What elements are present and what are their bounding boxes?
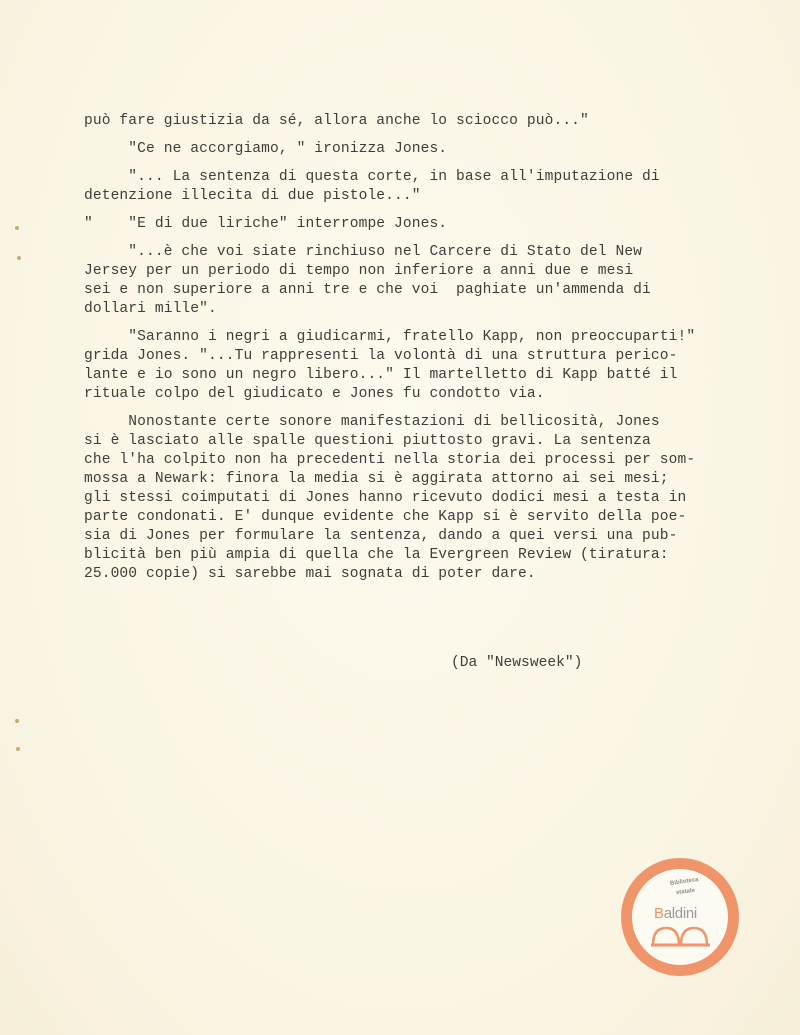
source-attribution: (Da "Newsweek"): [451, 655, 582, 671]
text-line: "Ce ne accorgiamo, " ironizza Jones.: [84, 140, 724, 159]
punch-hole-mark: [15, 226, 19, 230]
text-line: può fare giustizia da sé, allora anche l…: [84, 112, 724, 131]
text-line: "... La sentenza di questa corte, in bas…: [84, 168, 724, 187]
text-line: sia di Jones per formulare la sentenza, …: [84, 527, 724, 546]
stamp-name-rest: aldini: [664, 905, 697, 922]
text-line: 25.000 copie) si sarebbe mai sognata di …: [84, 565, 724, 584]
library-stamp: Biblioteca statale Baldini: [621, 858, 739, 976]
text-line: "...è che voi siate rinchiuso nel Carcer…: [84, 243, 724, 262]
text-line: dollari mille".: [84, 300, 724, 319]
text-line: blicità ben più ampia di quella che la E…: [84, 546, 724, 565]
punch-hole-mark: [17, 256, 21, 260]
text-line: si è lasciato alle spalle questioni piut…: [84, 432, 724, 451]
stamp-name: Baldini: [654, 905, 697, 922]
stamp-initial: B: [654, 905, 664, 922]
open-book-icon: [650, 925, 712, 947]
text-line: parte condonati. E' dunque evidente che …: [84, 508, 724, 527]
text-line: "Saranno i negri a giudicarmi, fratello …: [84, 328, 724, 347]
text-line: detenzione illecita di due pistole...": [84, 187, 724, 206]
text-line: sei e non superiore a anni tre e che voi…: [84, 281, 724, 300]
text-line: " "E di due liriche" interrompe Jones.: [84, 215, 724, 234]
text-line: Jersey per un periodo di tempo non infer…: [84, 262, 724, 281]
text-line: mossa a Newark: finora la media si è agg…: [84, 470, 724, 489]
text-line: grida Jones. "...Tu rappresenti la volon…: [84, 347, 724, 366]
punch-hole-mark: [16, 747, 20, 751]
text-line: che l'ha colpito non ha precedenti nella…: [84, 451, 724, 470]
text-line: lante e io sono un negro libero..." Il m…: [84, 366, 724, 385]
stamp-label-statale: statale: [676, 888, 696, 897]
punch-hole-mark: [15, 719, 19, 723]
text-line: rituale colpo del giudicato e Jones fu c…: [84, 385, 724, 404]
text-line: gli stessi coimputati di Jones hanno ric…: [84, 489, 724, 508]
text-line: Nonostante certe sonore manifestazioni d…: [84, 413, 724, 432]
stamp-label-biblioteca: Biblioteca: [670, 877, 699, 887]
typewritten-body: può fare giustizia da sé, allora anche l…: [84, 112, 724, 593]
document-page: può fare giustizia da sé, allora anche l…: [0, 0, 800, 1035]
